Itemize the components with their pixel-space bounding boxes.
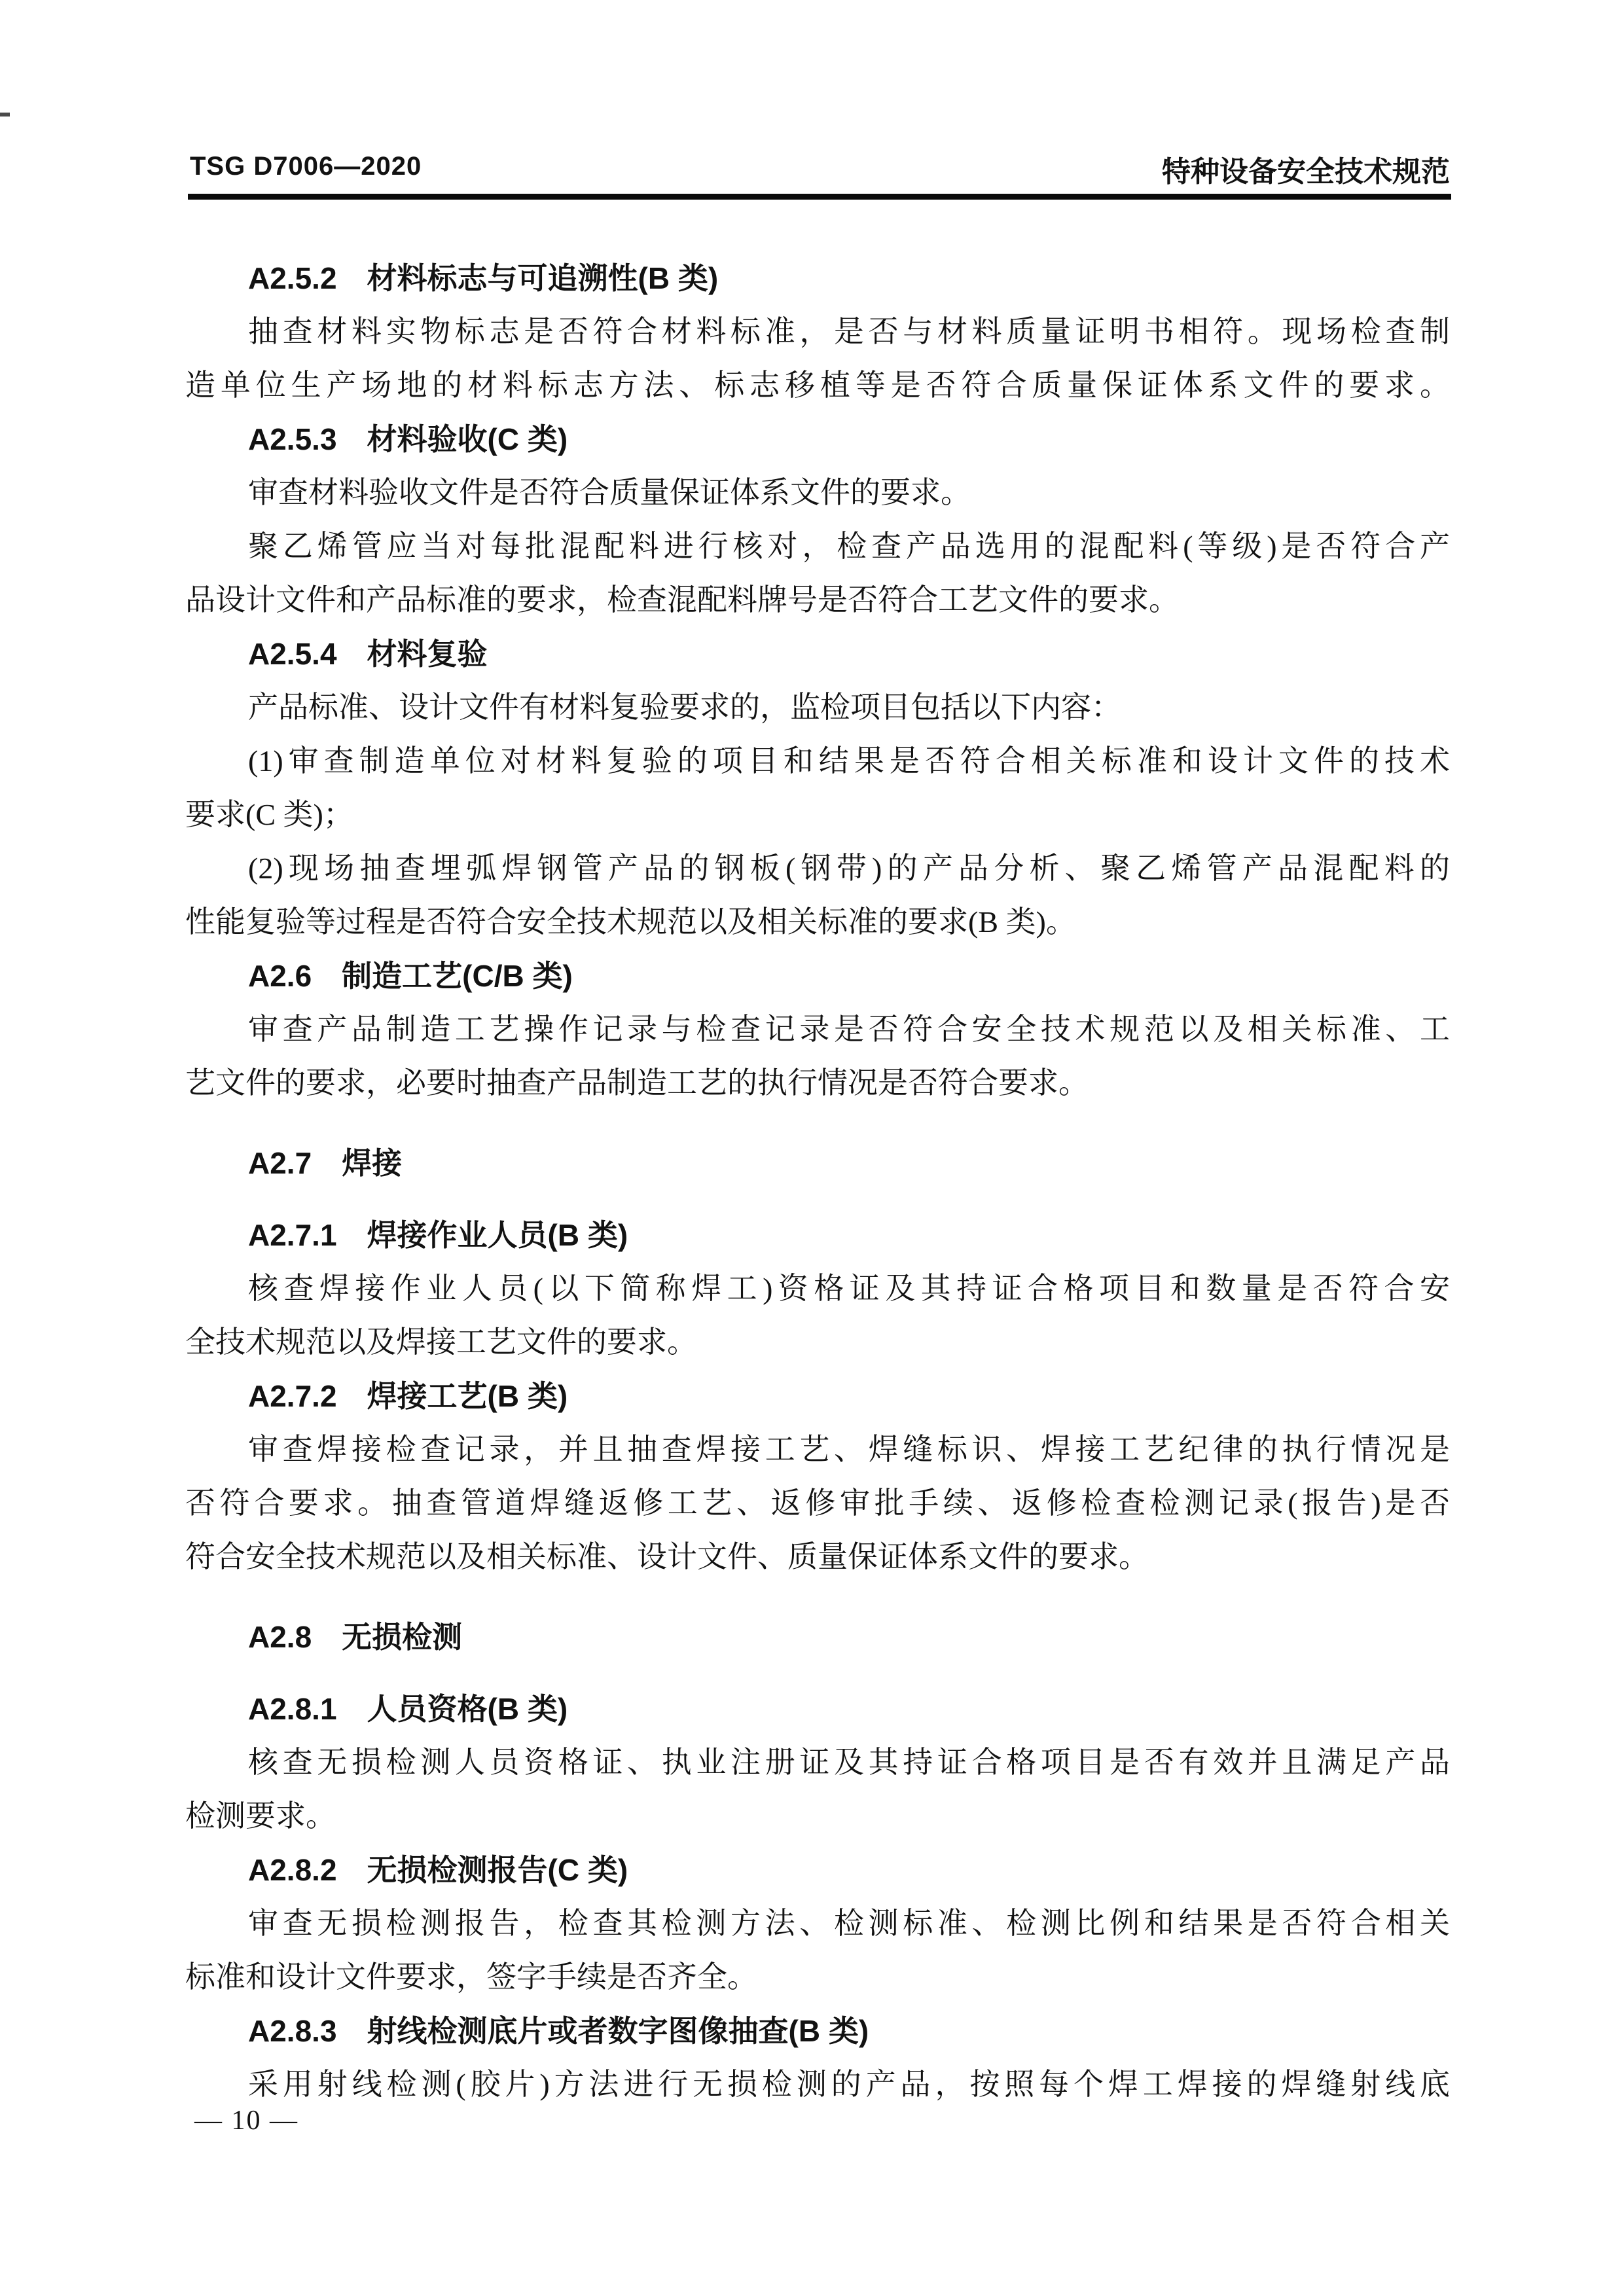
header-rule	[188, 194, 1451, 200]
section-heading: A2.6 制造工艺(C/B 类)	[185, 949, 1450, 1003]
section-heading: A2.8.1 人员资格(B 类)	[185, 1682, 1450, 1736]
document-body: A2.5.2 材料标志与可追溯性(B 类) 抽查材料实物标志是否符合材料标准，是…	[185, 251, 1450, 2111]
page-number: — 10 —	[194, 2105, 298, 2136]
text-line: 抽查材料实物标志是否符合材料标准，是否与材料质量证明书相符。现场检查制	[185, 305, 1450, 359]
text-line: 采用射线检测(胶片)方法进行无损检测的产品，按照每个焊工焊接的焊缝射线底	[185, 2058, 1450, 2111]
text-line: 品设计文件和产品标准的要求，检查混配料牌号是否符合工艺文件的要求。	[185, 573, 1450, 627]
section-heading: A2.7 焊接	[185, 1136, 1450, 1190]
text-line: 核查无损检测人员资格证、执业注册证及其持证合格项目是否有效并且满足产品	[185, 1736, 1450, 1789]
text-line: 检测要求。	[185, 1789, 1450, 1843]
header-doc-title: 特种设备安全技术规范	[1162, 148, 1450, 190]
text-line: 否符合要求。抽查管道焊缝返修工艺、返修审批手续、返修检查检测记录(报告)是否	[185, 1477, 1450, 1530]
section-heading: A2.7.2 焊接工艺(B 类)	[185, 1369, 1450, 1423]
header-doc-code: TSG D7006—2020	[190, 152, 422, 181]
section-heading: A2.5.4 材料复验	[185, 627, 1450, 681]
text-line: (1)审查制造单位对材料复验的项目和结果是否符合相关标准和设计文件的技术	[185, 734, 1450, 788]
text-line: 标准和设计文件要求，签字手续是否齐全。	[185, 1950, 1450, 2004]
text-line: 审查无损检测报告，检查其检测方法、检测标准、检测比例和结果是否符合相关	[185, 1897, 1450, 1950]
scan-artifact-mark	[0, 113, 10, 117]
section-heading: A2.8.2 无损检测报告(C 类)	[185, 1843, 1450, 1897]
text-line: 聚乙烯管应当对每批混配料进行核对，检查产品选用的混配料(等级)是否符合产	[185, 520, 1450, 573]
section-heading: A2.5.2 材料标志与可追溯性(B 类)	[185, 251, 1450, 305]
text-line: 审查焊接检查记录，并且抽查焊接工艺、焊缝标识、焊接工艺纪律的执行情况是	[185, 1423, 1450, 1477]
text-line: 要求(C 类)；	[185, 788, 1450, 842]
text-line: 核查焊接作业人员(以下简称焊工)资格证及其持证合格项目和数量是否符合安	[185, 1262, 1450, 1316]
section-heading: A2.8.3 射线检测底片或者数字图像抽查(B 类)	[185, 2004, 1450, 2058]
section-heading: A2.5.3 材料验收(C 类)	[185, 412, 1450, 466]
text-line: 全技术规范以及焊接工艺文件的要求。	[185, 1316, 1450, 1369]
text-line: (2)现场抽查埋弧焊钢管产品的钢板(钢带)的产品分析、聚乙烯管产品混配料的	[185, 842, 1450, 895]
text-line: 审查产品制造工艺操作记录与检查记录是否符合安全技术规范以及相关标准、工	[185, 1003, 1450, 1056]
text-line: 性能复验等过程是否符合安全技术规范以及相关标准的要求(B 类)。	[185, 895, 1450, 949]
text-line: 造单位生产场地的材料标志方法、标志移植等是否符合质量保证体系文件的要求。	[185, 359, 1450, 412]
text-line: 符合安全技术规范以及相关标准、设计文件、质量保证体系文件的要求。	[185, 1530, 1450, 1584]
text-line: 产品标准、设计文件有材料复验要求的，监检项目包括以下内容：	[185, 681, 1450, 734]
section-heading: A2.8 无损检测	[185, 1610, 1450, 1664]
text-line: 审查材料验收文件是否符合质量保证体系文件的要求。	[185, 466, 1450, 520]
section-heading: A2.7.1 焊接作业人员(B 类)	[185, 1208, 1450, 1262]
document-page: TSG D7006—2020 特种设备安全技术规范 A2.5.2 材料标志与可追…	[0, 0, 1624, 2296]
text-line: 艺文件的要求，必要时抽查产品制造工艺的执行情况是否符合要求。	[185, 1056, 1450, 1110]
